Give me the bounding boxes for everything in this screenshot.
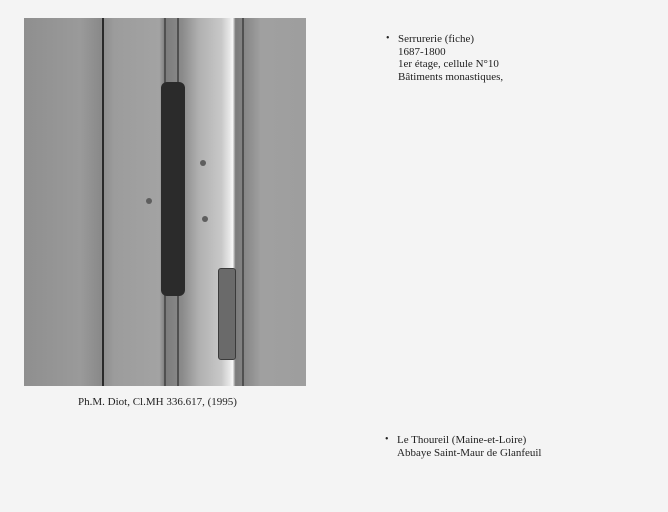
photo-caption: Ph.M. Diot, Cl.MH 336.617, (1995)	[78, 396, 237, 408]
object-title: Serrurerie (fiche)	[398, 33, 503, 46]
site-description: • Le Thoureil (Maine-et-Loire) Abbaye Sa…	[397, 434, 541, 459]
site-abbey: Abbaye Saint-Maur de Glanfeuil	[397, 447, 541, 460]
site-town: Le Thoureil (Maine-et-Loire)	[397, 434, 541, 447]
nail-head	[200, 160, 206, 166]
object-description: • Serrurerie (fiche) 1687-1800 1er étage…	[398, 33, 503, 83]
bullet-icon: •	[386, 33, 390, 46]
object-building: Bâtiments monastiques,	[398, 71, 503, 84]
frame-groove	[242, 18, 244, 386]
hinge-photograph	[24, 18, 306, 386]
nail-head	[146, 198, 152, 204]
hinge-strap	[161, 82, 185, 296]
panel-crack	[102, 18, 104, 386]
object-location-detail: 1er étage, cellule N°10	[398, 58, 503, 71]
nail-head	[202, 216, 208, 222]
object-date: 1687-1800	[398, 46, 503, 59]
hinge-knuckle	[218, 268, 236, 360]
bullet-icon: •	[385, 434, 389, 447]
